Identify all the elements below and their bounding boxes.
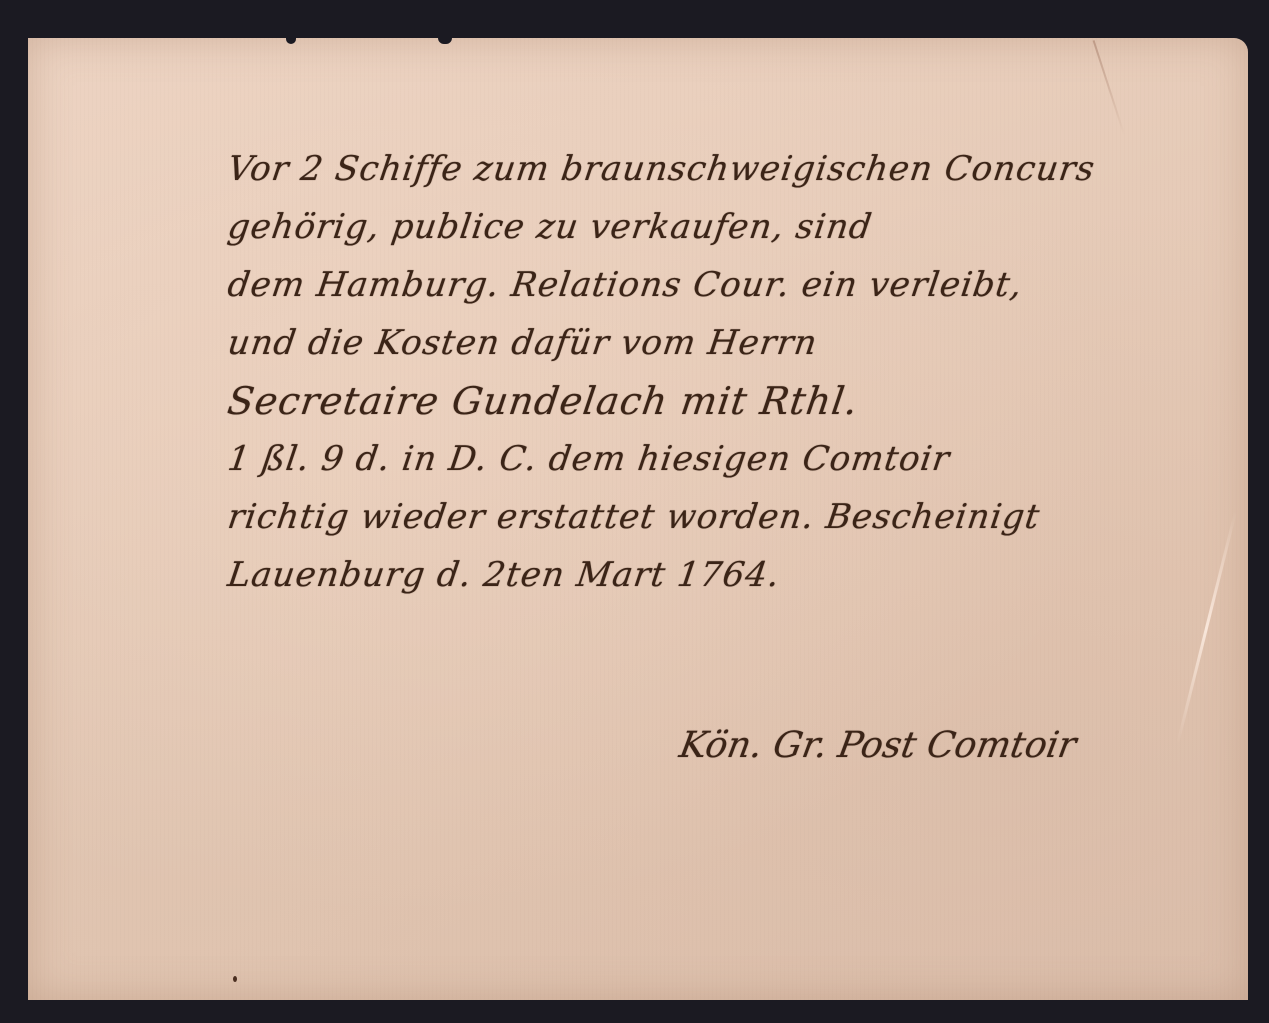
text-line: und die Kosten dafür vom Herrn [224,314,1212,372]
signature: Kön. Gr. Post Comtoir [676,725,1079,766]
paper-tear [286,36,296,44]
text-line: 1 ßl. 9 d. in D. C. dem hiesigen Comtoir [224,430,1212,488]
text-line: gehörig, publice zu verkaufen, sind [224,198,1212,256]
text-line: dem Hamburg. Relations Cour. ein verleib… [224,256,1212,314]
ink-spot [233,976,237,982]
text-line: richtig wieder erstattet worden. Beschei… [224,488,1212,546]
text-line: Vor 2 Schiffe zum braunschweigischen Con… [224,140,1212,198]
paper-tear [438,36,452,44]
text-line: Secretaire Gundelach mit Rthl. [224,372,1212,430]
handwritten-text: Vor 2 Schiffe zum braunschweigischen Con… [228,140,1208,604]
date-line: Lauenburg d. 2ten Mart 1764. [224,546,1212,604]
paper-crease [1093,40,1126,136]
